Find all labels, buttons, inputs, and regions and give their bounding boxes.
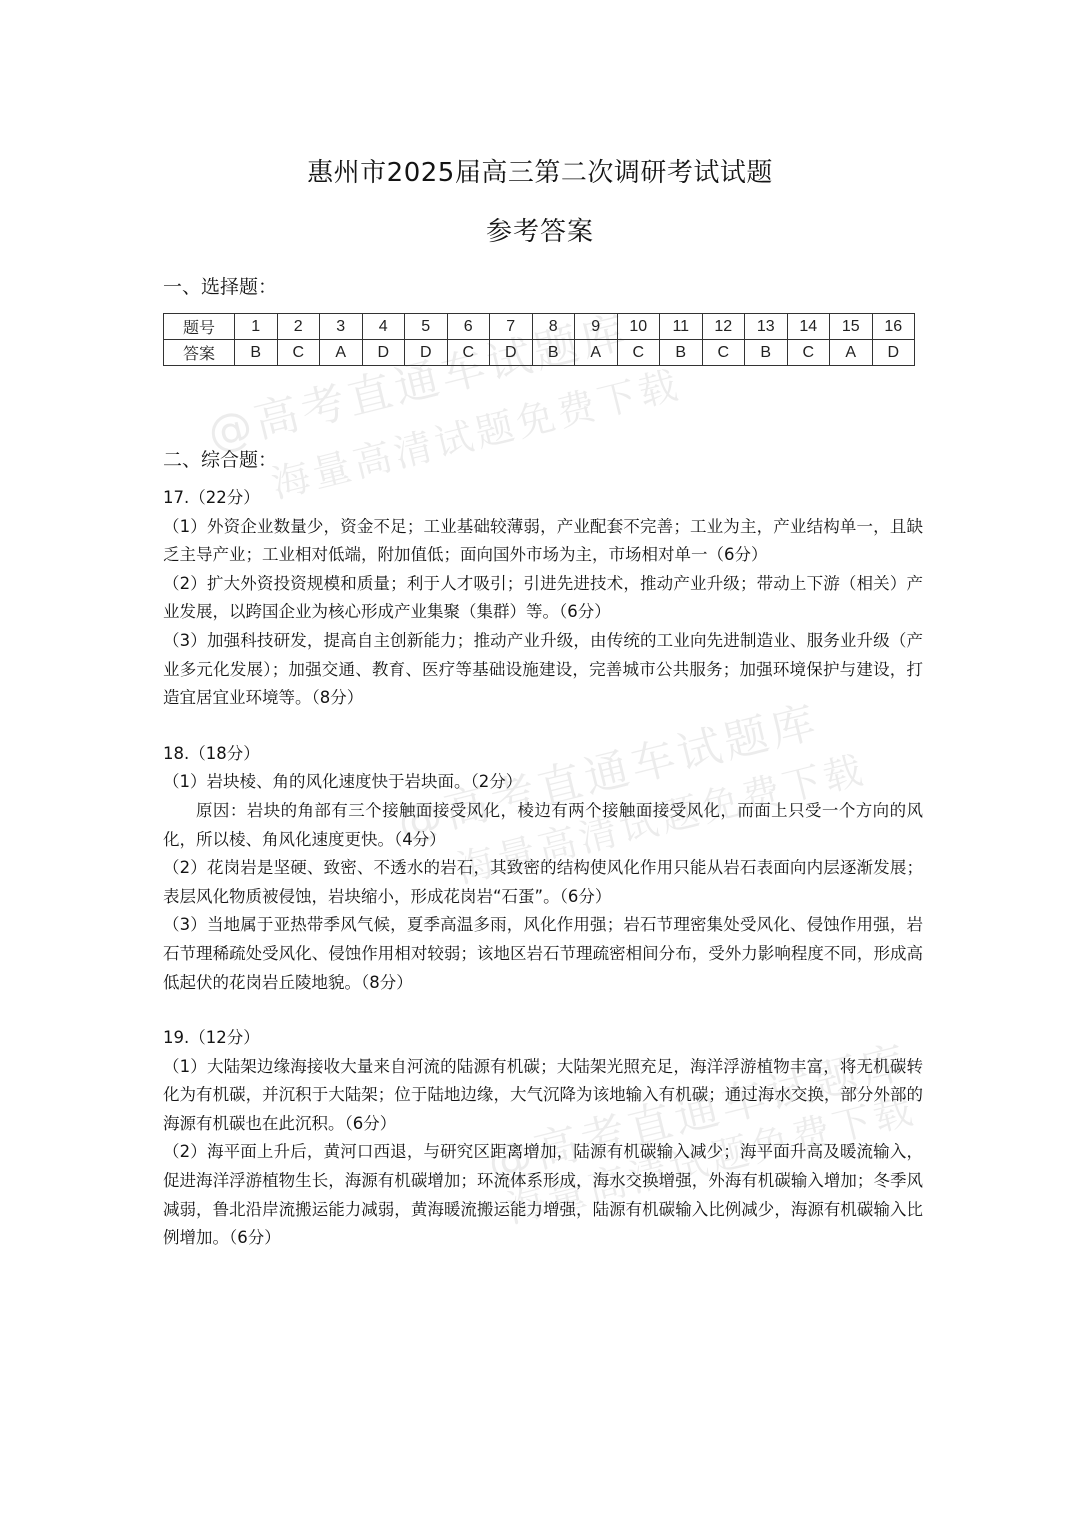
question-number-cell: 9 [575,314,618,340]
section-heading-comprehensive: 二、综合题： [163,445,277,472]
answer-cell: C [787,340,830,366]
answer-cell: D [872,340,915,366]
row-header-question: 题号 [164,314,235,340]
question-title: 19.（12分） [163,1024,923,1053]
answer-cell: A [830,340,873,366]
answers-content: 17.（22分）（1）外资企业数量少，资金不足；工业基础较薄弱，产业配套不完善；… [163,484,923,1280]
answer-cell: A [320,340,363,366]
question-number-cell: 16 [872,314,915,340]
answer-paragraph: 原因：岩块的角部有三个接触面接受风化，棱边有两个接触面接受风化，而面上只受一个方… [163,797,923,854]
answer-cell: B [532,340,575,366]
document-subtitle: 参考答案 [0,211,1080,248]
question-number-cell: 5 [405,314,448,340]
question-block: 19.（12分）（1）大陆架边缘海接收大量来自河流的陆源有机碳；大陆架光照充足，… [163,1024,923,1253]
section-heading-multiple-choice: 一、选择题： [163,272,277,299]
question-number-cell: 14 [787,314,830,340]
answer-cell: D [405,340,448,366]
answer-cell: A [575,340,618,366]
question-number-cell: 6 [447,314,490,340]
answer-cell: D [490,340,533,366]
answer-cell: B [745,340,788,366]
answer-row: 答案 BCADDCDBACBCBCAD [164,340,915,366]
question-block: 17.（22分）（1）外资企业数量少，资金不足；工业基础较薄弱，产业配套不完善；… [163,484,923,713]
answer-cell: C [617,340,660,366]
answer-cell: C [702,340,745,366]
answer-paragraph: （2）海平面上升后，黄河口西退，与研究区距离增加，陆源有机碳输入减少；海平面升高… [163,1138,923,1252]
question-number-row: 题号 12345678910111213141516 [164,314,915,340]
answer-cell: B [660,340,703,366]
answer-cell: C [447,340,490,366]
question-number-cell: 7 [490,314,533,340]
answer-paragraph: （2）花岗岩是坚硬、致密、不透水的岩石，其致密的结构使风化作用只能从岩石表面向内… [163,854,923,911]
answer-paragraph: （1）外资企业数量少，资金不足；工业基础较薄弱，产业配套不完善；工业为主，产业结… [163,513,923,570]
question-block: 18.（18分）（1）岩块棱、角的风化速度快于岩块面。（2分）原因：岩块的角部有… [163,740,923,997]
question-number-cell: 4 [362,314,405,340]
question-number-cell: 15 [830,314,873,340]
question-number-cell: 12 [702,314,745,340]
answer-table: 题号 12345678910111213141516 答案 BCADDCDBAC… [163,313,915,366]
answer-cell: B [235,340,278,366]
question-number-cell: 3 [320,314,363,340]
row-header-answer: 答案 [164,340,235,366]
answer-paragraph: （1）岩块棱、角的风化速度快于岩块面。（2分） [163,768,923,797]
question-number-cell: 1 [235,314,278,340]
document-title: 惠州市2025届高三第二次调研考试试题 [0,152,1080,189]
answer-paragraph: （1）大陆架边缘海接收大量来自河流的陆源有机碳；大陆架光照充足，海洋浮游植物丰富… [163,1053,923,1139]
question-number-cell: 2 [277,314,320,340]
answer-cell: C [277,340,320,366]
question-number-cell: 13 [745,314,788,340]
answer-paragraph: （2）扩大外资投资规模和质量；利于人才吸引；引进先进技术，推动产业升级；带动上下… [163,570,923,627]
answer-paragraph: （3）当地属于亚热带季风气候，夏季高温多雨，风化作用强；岩石节理密集处受风化、侵… [163,911,923,997]
document-page: @高考直通车试题库 海量高清试题免费下载 @高考直通车试题库 海量高清试题免费下… [0,0,1080,1528]
question-number-cell: 11 [660,314,703,340]
question-number-cell: 10 [617,314,660,340]
answer-cell: D [362,340,405,366]
question-number-cell: 8 [532,314,575,340]
question-title: 17.（22分） [163,484,923,513]
answer-paragraph: （3）加强科技研发，提高自主创新能力；推动产业升级，由传统的工业向先进制造业、服… [163,627,923,713]
question-title: 18.（18分） [163,740,923,769]
